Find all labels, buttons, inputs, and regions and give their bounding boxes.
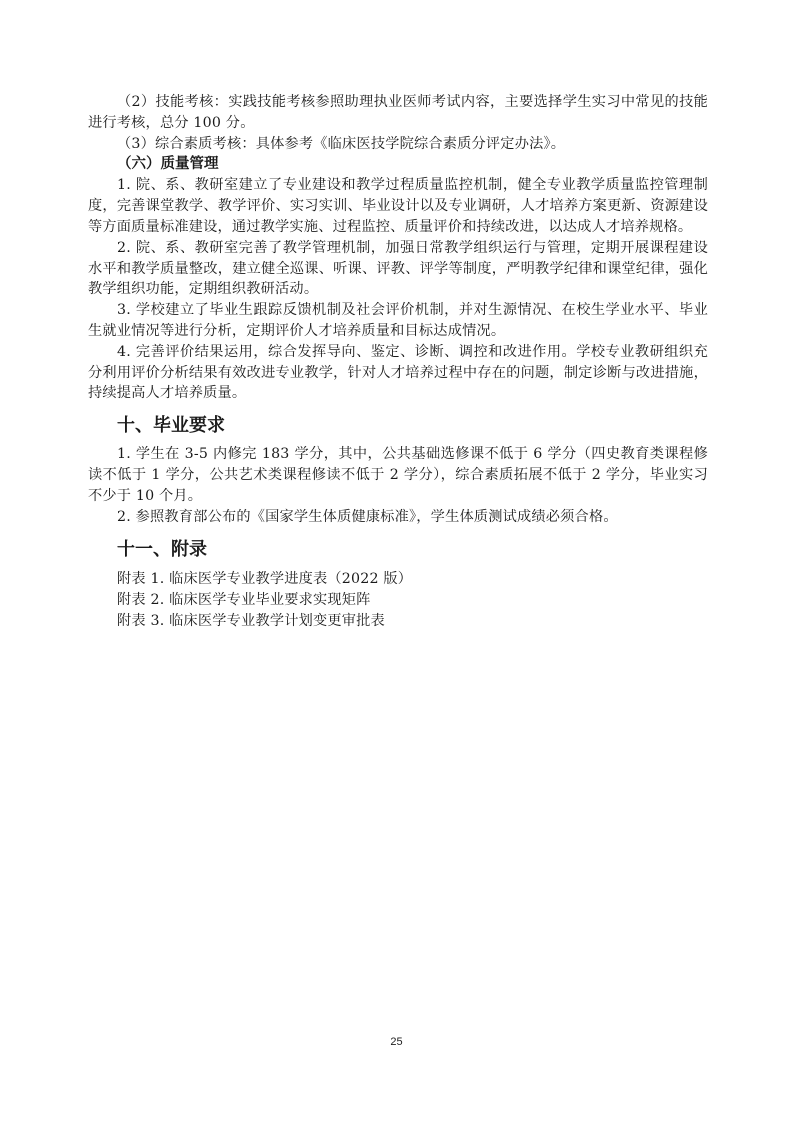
- graduation-requirements-heading: 十、毕业要求: [88, 413, 708, 439]
- quality-assessment-paragraph: （3）综合素质考核：具体参考《临床医技学院综合素质分评定办法》。: [88, 134, 708, 155]
- appendix-item-2: 附表 2. 临床医学专业毕业要求实现矩阵: [88, 590, 708, 611]
- appendix-heading: 十一、附录: [88, 537, 708, 563]
- graduation-paragraph-2: 2. 参照教育部公布的《国家学生体质健康标准》，学生体质测试成绩必须合格。: [88, 507, 708, 528]
- quality-paragraph-1: 1. 院、系、教研室建立了专业建设和教学过程质量监控机制，健全专业教学质量监控管…: [88, 175, 708, 237]
- graduation-paragraph-1: 1. 学生在 3-5 内修完 183 学分，其中，公共基础选修课不低于 6 学分…: [88, 444, 708, 506]
- quality-paragraph-2: 2. 院、系、教研室完善了教学管理机制，加强日常教学组织运行与管理，定期开展课程…: [88, 238, 708, 300]
- document-page: （2）技能考核：实践技能考核参照助理执业医师考试内容，主要选择学生实习中常见的技…: [88, 92, 708, 632]
- appendix-item-1: 附表 1. 临床医学专业教学进度表（2022 版）: [88, 569, 708, 590]
- appendix-item-3: 附表 3. 临床医学专业教学计划变更审批表: [88, 611, 708, 632]
- quality-paragraph-3: 3. 学校建立了毕业生跟踪反馈机制及社会评价机制，并对生源情况、在校生学业水平、…: [88, 300, 708, 342]
- quality-paragraph-4: 4. 完善评价结果运用，综合发挥导向、鉴定、诊断、调控和改进作用。学校专业教研组…: [88, 342, 708, 404]
- quality-management-heading: （六）质量管理: [88, 154, 708, 175]
- skill-assessment-paragraph: （2）技能考核：实践技能考核参照助理执业医师考试内容，主要选择学生实习中常见的技…: [88, 92, 708, 134]
- page-number: 25: [0, 1036, 793, 1048]
